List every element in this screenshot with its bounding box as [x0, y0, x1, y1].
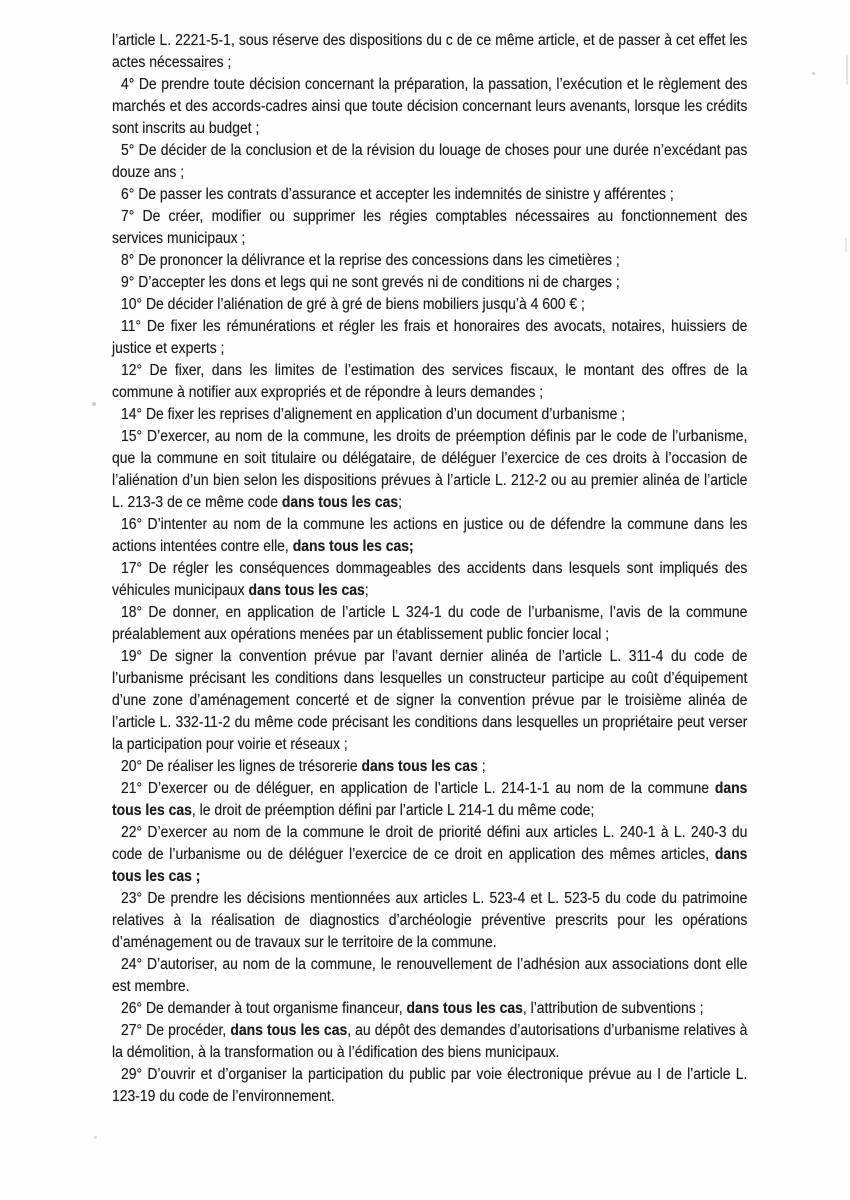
paragraph: 17° De régler les conséquences dommageab… [112, 558, 747, 602]
text-run: 19° De signer la convention prévue par l… [112, 648, 747, 753]
paragraph: 18° De donner, en application de l’artic… [112, 602, 747, 646]
scan-artifact [845, 238, 847, 252]
bold-text-run: dans tous les cas [230, 1022, 347, 1039]
paragraph: 11° De fixer les rémunérations et régler… [112, 316, 747, 360]
paragraph: 12° De fixer, dans les limites de l’esti… [112, 360, 747, 404]
paragraph: 7° De créer, modifier ou supprimer les r… [112, 206, 747, 250]
text-run: 11° De fixer les rémunérations et régler… [112, 318, 747, 357]
paragraph: 27° De procéder, dans tous les cas, au d… [112, 1020, 747, 1064]
paragraph: 15° D’exercer, au nom de la commune, les… [112, 426, 747, 514]
paragraph: l’article L. 2221-5-1, sous réserve des … [112, 30, 747, 74]
text-run: 23° De prendre les décisions mentionnées… [112, 890, 747, 951]
paragraph: 23° De prendre les décisions mentionnées… [112, 888, 747, 954]
bold-text-run: dans tous les cas; [293, 538, 414, 555]
paragraph: 26° De demander à tout organisme finance… [112, 998, 747, 1020]
document-body: l’article L. 2221-5-1, sous réserve des … [112, 30, 747, 1108]
bold-text-run: dans tous les cas [407, 1000, 523, 1017]
text-run: 7° De créer, modifier ou supprimer les r… [112, 208, 747, 247]
text-run: 20° De réaliser les lignes de trésorerie [121, 758, 362, 775]
text-run: l’article L. 2221-5-1, sous réserve des … [112, 32, 747, 71]
text-run: 12° De fixer, dans les limites de l’esti… [112, 362, 747, 401]
text-run: 5° De décider de la conclusion et de la … [112, 142, 747, 181]
text-run: 27° De procéder, [121, 1022, 230, 1039]
bold-text-run: dans tous les cas [248, 582, 364, 599]
text-run: 15° D’exercer, au nom de la commune, les… [112, 428, 747, 511]
text-run: 4° De prendre toute décision concernant … [112, 76, 747, 137]
paragraph: 24° D’autoriser, au nom de la commune, l… [112, 954, 747, 998]
text-run: 21° D’exercer ou de déléguer, en applica… [121, 780, 715, 797]
text-run: 17° De régler les conséquences dommageab… [112, 560, 747, 599]
text-run: 22° D’exercer au nom de la commune le dr… [112, 824, 747, 863]
text-run: 10° De décider l’aliénation de gré à gré… [121, 296, 585, 313]
paragraph: 20° De réaliser les lignes de trésorerie… [112, 756, 747, 778]
text-run: 26° De demander à tout organisme finance… [121, 1000, 407, 1017]
paragraph: 6° De passer les contrats d’assurance et… [112, 184, 747, 206]
text-run: , le droit de préemption défini par l’ar… [192, 802, 594, 819]
bold-text-run: dans tous les cas [282, 494, 398, 511]
text-run: ; [478, 758, 486, 775]
bold-text-run: dans tous les cas [362, 758, 478, 775]
paragraph: 16° D’intenter au nom de la commune les … [112, 514, 747, 558]
paragraph: 19° De signer la convention prévue par l… [112, 646, 747, 756]
text-run: 9° D’accepter les dons et legs qui ne so… [121, 274, 620, 291]
paragraph: 14° De fixer les reprises d’alignement e… [112, 404, 747, 426]
scan-artifact [94, 1136, 97, 1139]
paragraph: 8° De prononcer la délivrance et la repr… [112, 250, 747, 272]
text-run: 18° De donner, en application de l’artic… [112, 604, 747, 643]
text-run: 6° De passer les contrats d’assurance et… [121, 186, 674, 203]
scan-artifact [92, 402, 96, 406]
scan-artifact [846, 55, 848, 85]
text-run: ; [398, 494, 402, 511]
scanned-document-page: l’article L. 2221-5-1, sous réserve des … [0, 0, 850, 1200]
paragraph: 29° D’ouvrir et d’organiser la participa… [112, 1064, 747, 1108]
paragraph: 9° D’accepter les dons et legs qui ne so… [112, 272, 747, 294]
text-run: 29° D’ouvrir et d’organiser la participa… [112, 1066, 747, 1105]
paragraph: 10° De décider l’aliénation de gré à gré… [112, 294, 747, 316]
text-run: , l’attribution de subventions ; [523, 1000, 704, 1017]
text-run: 16° D’intenter au nom de la commune les … [112, 516, 747, 555]
paragraph: 22° D’exercer au nom de la commune le dr… [112, 822, 747, 888]
paragraph: 5° De décider de la conclusion et de la … [112, 140, 747, 184]
text-run: 14° De fixer les reprises d’alignement e… [121, 406, 625, 423]
text-run: 8° De prononcer la délivrance et la repr… [121, 252, 620, 269]
scan-artifact [812, 72, 815, 75]
paragraph: 4° De prendre toute décision concernant … [112, 74, 747, 140]
paragraph: 21° D’exercer ou de déléguer, en applica… [112, 778, 747, 822]
text-run: ; [365, 582, 369, 599]
text-run: 24° D’autoriser, au nom de la commune, l… [112, 956, 747, 995]
